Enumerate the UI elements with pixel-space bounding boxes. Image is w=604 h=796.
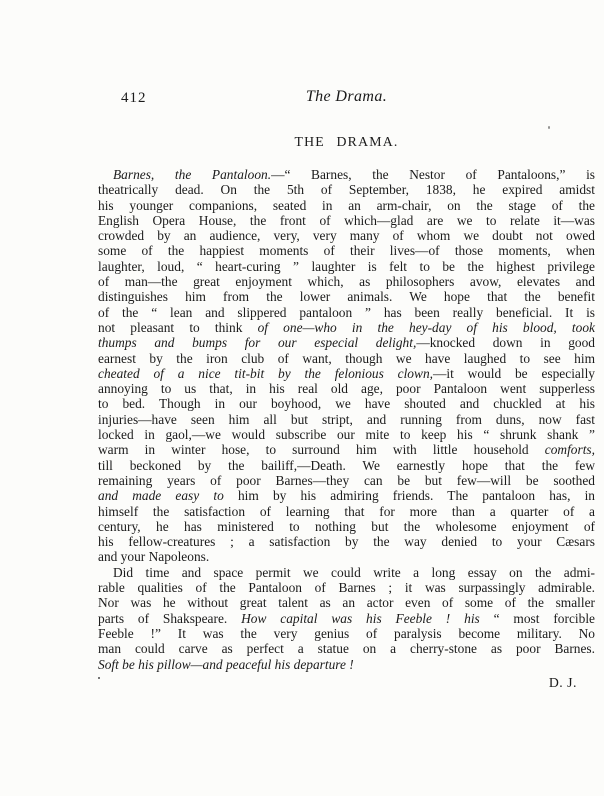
text-segment: theatrically dead. On the 5th of Septemb… [98,182,595,197]
text-line: his younger companions, seated in an arm… [98,198,595,213]
text-segment: annoying to us that, in his real old age… [98,381,595,396]
text-segment: rable qualities of the Pantaloon of Barn… [98,580,595,595]
text-segment: till beckoned by the bailiff,—Death. We … [98,458,595,473]
text-segment: century, he has ministered to nothing bu… [98,519,595,534]
text-line: rable qualities of the Pantaloon of Barn… [98,580,595,595]
section-heading: THE DRAMA. [98,134,595,150]
text-segment: Nor was he without great talent as an ac… [98,595,595,610]
text-line: crowded by an audience, very, very many … [98,228,595,243]
text-segment: —it would be especially [433,366,595,381]
text-segment: himself the satisfaction of learning tha… [98,504,595,519]
text-line: laughter, loud, “ heart-curing ” laughte… [98,259,595,274]
italic-text-segment: Soft be his pillow—and peaceful his depa… [98,657,354,672]
text-segment: “ most forcible [494,611,595,626]
text-line: Soft be his pillow—and peaceful his depa… [98,657,595,672]
text-line: some of the happiest moments of their li… [98,243,595,258]
text-segment: Feeble !” It was the very genius of para… [98,626,595,641]
italic-text-segment: cheated of a nice tit-bit by the felonio… [98,366,433,381]
text-line: warm in winter hose, to surround him wit… [98,442,595,457]
text-line: and your Napoleons. [98,549,595,564]
text-line: injuries—have seen him all but stript, a… [98,412,595,427]
scanned-page: 412 The Drama. THE DRAMA. Barnes, the Pa… [0,0,604,796]
text-segment: remaining years of poor Barnes—they can … [98,473,595,488]
article-paragraph: Did time and space permit we could write… [98,565,595,672]
text-line: thumps and bumps for our especial deligh… [98,335,595,350]
text-line: Feeble !” It was the very genius of para… [98,626,595,641]
text-line: century, he has ministered to nothing bu… [98,519,595,534]
text-line: Barnes, the Pantaloon.—“ Barnes, the Nes… [98,167,595,182]
text-segment: distinguishes him from the lower animals… [98,289,595,304]
text-segment: crowded by an audience, very, very many … [98,228,595,243]
text-segment: —knocked down in good [416,335,595,350]
text-line: man could carve as perfect a statue on a… [98,641,595,656]
text-line: parts of Shakspeare. How capital was his… [98,611,595,626]
text-segment: parts of Shakspeare. [98,611,241,626]
text-line: not pleasant to think of one—who in the … [98,320,595,335]
text-line: annoying to us that, in his real old age… [98,381,595,396]
text-line: distinguishes him from the lower animals… [98,289,595,304]
scan-speck [98,677,100,679]
text-segment: injuries—have seen him all but stript, a… [98,412,595,427]
text-segment: him by his admiring friends. The pantalo… [224,488,595,503]
text-line: theatrically dead. On the 5th of Septemb… [98,182,595,197]
italic-text-segment: How capital was his Feeble ! his [241,611,494,626]
italic-text-segment: of one—who in the hey-day of his blood, … [258,320,595,335]
text-segment: locked in gaol,—we would subscribe our m… [98,427,595,442]
italic-text-segment: thumps and bumps for our especial deligh… [98,335,416,350]
text-line: Nor was he without great talent as an ac… [98,595,595,610]
text-line: and made easy to him by his admiring fri… [98,488,595,503]
text-segment: —“ Barnes, the Nestor of Pantaloons,” is [271,167,595,182]
italic-text-segment: Barnes, the Pantaloon. [113,167,271,182]
text-segment: Did time and space permit we could write… [113,565,595,580]
italic-text-segment: and made easy to [98,488,224,503]
text-line: cheated of a nice tit-bit by the felonio… [98,366,595,381]
scan-speck [548,126,550,129]
italic-text-segment: comforts, [545,442,595,457]
text-segment: and your Napoleons. [98,549,209,564]
author-signature: D. J. [98,675,595,690]
text-segment: to bed. Though in our boyhood, we have s… [98,396,595,411]
text-segment: man could carve as perfect a statue on a… [98,641,595,656]
text-line: earnest by the iron club of want, though… [98,351,595,366]
text-segment: his fellow-creatures ; a satisfaction by… [98,534,595,549]
text-line: locked in gaol,—we would subscribe our m… [98,427,595,442]
text-line: till beckoned by the bailiff,—Death. We … [98,458,595,473]
text-segment: English Opera House, the front of which—… [98,213,595,228]
running-title: The Drama. [98,88,595,106]
text-segment: laughter, loud, “ heart-curing ” laughte… [98,259,595,274]
text-line: remaining years of poor Barnes—they can … [98,473,595,488]
article-paragraph: Barnes, the Pantaloon.—“ Barnes, the Nes… [98,167,595,565]
text-line: Did time and space permit we could write… [98,565,595,580]
text-line: his fellow-creatures ; a satisfaction by… [98,534,595,549]
article-body: Barnes, the Pantaloon.—“ Barnes, the Nes… [98,167,595,690]
text-line: of man—the great enjoyment which, as phi… [98,274,595,289]
text-line: to bed. Though in our boyhood, we have s… [98,396,595,411]
text-line: of the “ lean and slippered pantaloon ” … [98,305,595,320]
text-segment: some of the happiest moments of their li… [98,243,595,258]
text-segment: of the “ lean and slippered pantaloon ” … [98,305,595,320]
text-segment: earnest by the iron club of want, though… [98,351,595,366]
text-line: himself the satisfaction of learning tha… [98,504,595,519]
text-segment: not pleasant to think [98,320,258,335]
text-segment: his younger companions, seated in an arm… [98,198,595,213]
text-segment: warm in winter hose, to surround him wit… [98,442,545,457]
text-line: English Opera House, the front of which—… [98,213,595,228]
text-segment: of man—the great enjoyment which, as phi… [98,274,595,289]
